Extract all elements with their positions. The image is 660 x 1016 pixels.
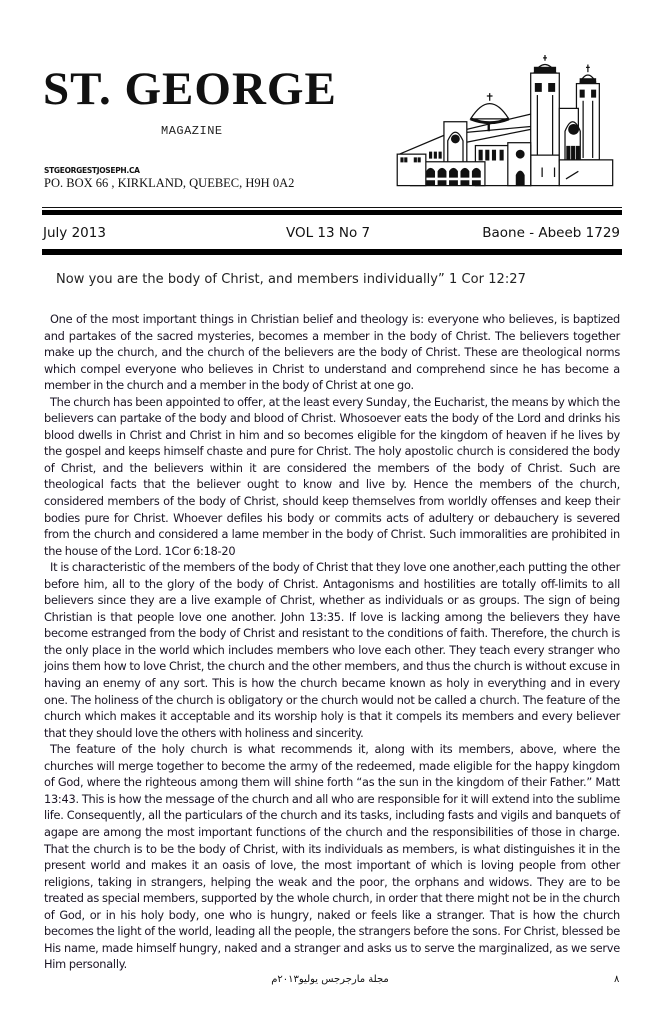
- masthead-title: ST. GEORGE: [43, 66, 337, 113]
- coptic-date: Baone - Abeeb 1729: [482, 225, 620, 241]
- article-paragraph: The feature of the holy church is what r…: [44, 741, 620, 973]
- issue-date: July 2013: [43, 225, 106, 241]
- article-body: One of the most important things in Chri…: [44, 311, 620, 973]
- postal-address: PO. BOX 66 , KIRKLAND, QUEBEC, H9H 0A2: [44, 176, 294, 191]
- article-paragraph: The church has been appointed to offer, …: [44, 394, 620, 559]
- header-rule-thick: [42, 210, 622, 215]
- article-verse-heading: Now you are the body of Christ, and memb…: [56, 272, 526, 287]
- website-url: STGEORGESTJOSEPH.CA: [44, 166, 140, 175]
- article-paragraph: It is characteristic of the members of t…: [44, 559, 620, 741]
- footer-magazine-title: مجلة مارجرجس يوليو٢٠١٣م: [270, 974, 390, 985]
- article-paragraph: One of the most important things in Chri…: [44, 311, 620, 394]
- masthead-subtitle: MAGAZINE: [161, 124, 223, 138]
- issue-info-bar: July 2013 VOL 13 No 7 Baone - Abeeb 1729: [42, 225, 620, 245]
- issue-bar-rule: [42, 249, 622, 255]
- header-rule-thin: [42, 207, 622, 208]
- church-illustration-icon: [388, 55, 620, 198]
- issue-volume: VOL 13 No 7: [286, 225, 370, 241]
- page-number: ٨: [614, 974, 619, 985]
- magazine-page: ST. GEORGE MAGAZINE STGEORGESTJOSEPH.CA …: [0, 0, 660, 1016]
